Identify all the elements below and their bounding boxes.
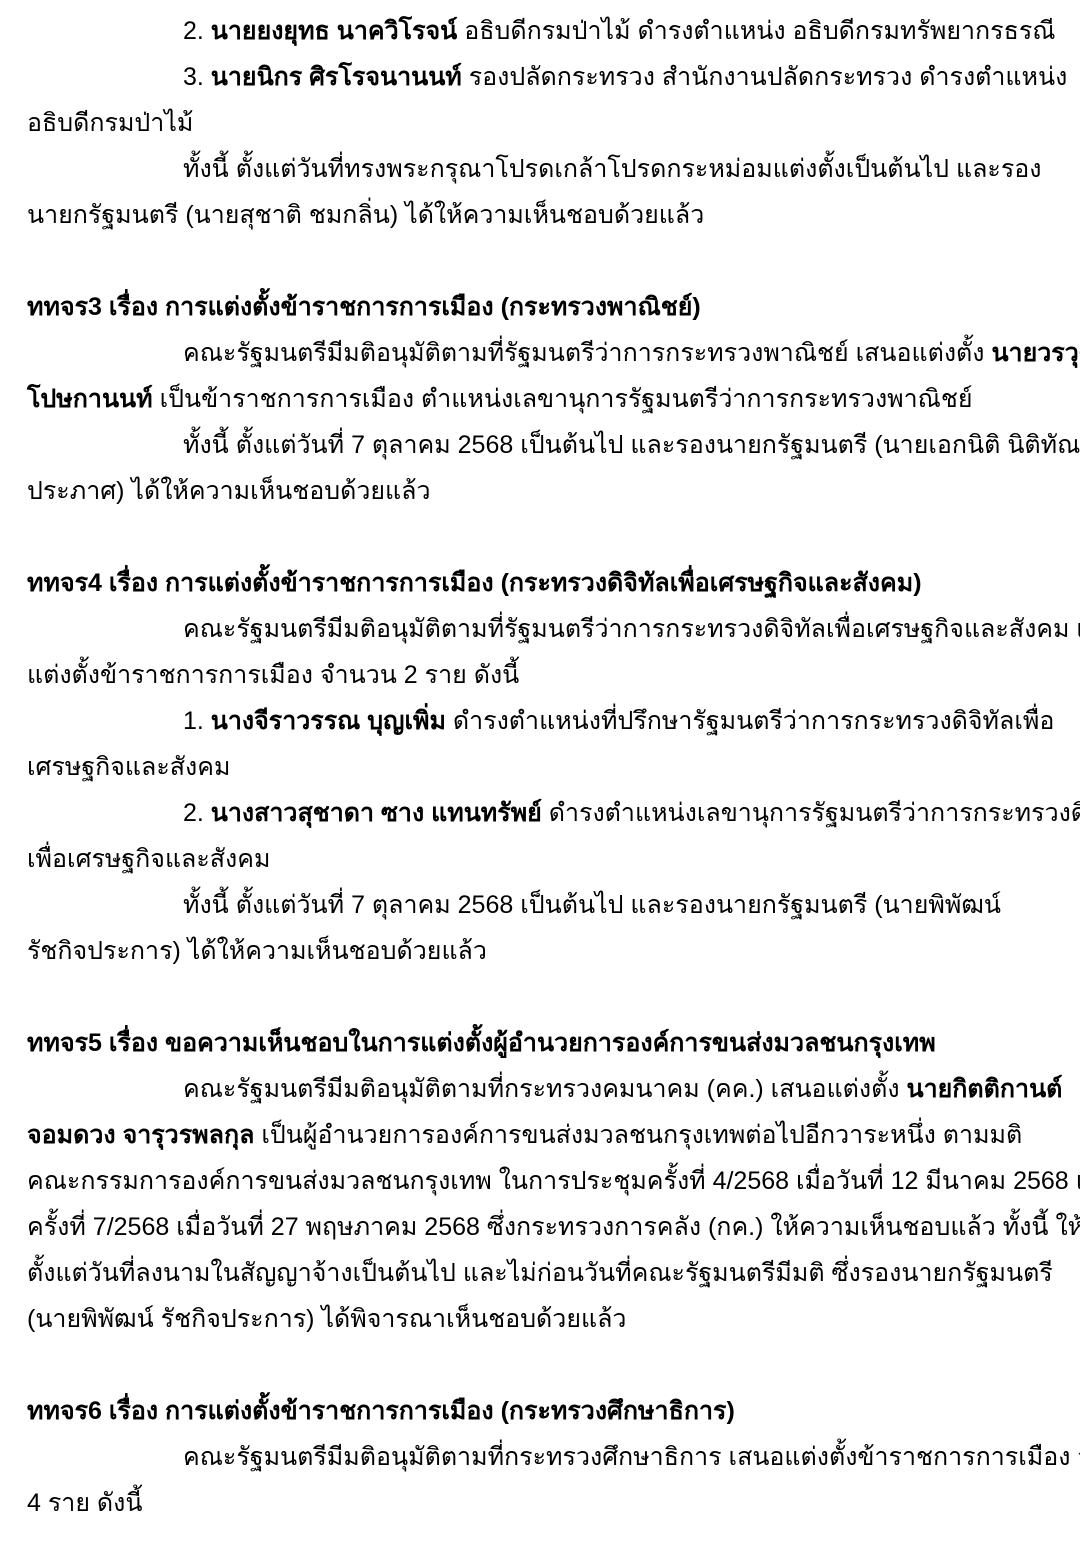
body-line: อธิบดีกรมป่าไม้: [27, 100, 1054, 146]
section-heading: ททจร6 เรื่อง การแต่งตั้งข้าราชการการเมือ…: [27, 1388, 1054, 1434]
text-segment: คณะรัฐมนตรีมีมติอนุมัติตามที่รัฐมนตรีว่า…: [183, 615, 1080, 643]
blank-line: [27, 974, 1054, 1020]
bold-text-segment: นางสาวสุชาดา ซาง แทนทรัพย์: [211, 799, 542, 827]
list-item-line: 1. นางจีราวรรณ บุญเพิ่ม ดำรงตำแหน่งที่ปร…: [27, 698, 1054, 744]
text-segment: 4 ราย ดังนี้: [27, 1489, 142, 1517]
text-segment: ทั้งนี้ ตั้งแต่วันที่ทรงพระกรุณาโปรดเกล้…: [183, 155, 1042, 183]
text-segment: (นายพิพัฒน์ รัชกิจประการ) ได้พิจารณาเห็น…: [27, 1305, 626, 1333]
section-heading: ททจร5 เรื่อง ขอความเห็นชอบในการแต่งตั้งผ…: [27, 1020, 1054, 1066]
text-segment: คณะรัฐมนตรีมีมติอนุมัติตามที่กระทรวงศึกษ…: [183, 1443, 1080, 1471]
list-item-line: 3. นายนิกร ศิรโรจนานนท์ รองปลัดกระทรวง ส…: [27, 54, 1054, 100]
text-segment: ดำรงตำแหน่งเลขานุการรัฐมนตรีว่าการกระทรว…: [542, 799, 1080, 827]
text-segment: นายกรัฐมนตรี (นายสุชาติ ชมกลิ่น) ได้ให้ค…: [27, 201, 704, 229]
body-line: ประภาศ) ได้ให้ความเห็นชอบด้วยแล้ว: [27, 468, 1054, 514]
body-line: คณะรัฐมนตรีมีมติอนุมัติตามที่กระทรวงคมนา…: [27, 1066, 1054, 1112]
bold-text-segment: โปษกานนท์: [27, 385, 153, 413]
text-segment: ตั้งแต่วันที่ลงนามในสัญญาจ้างเป็นต้นไป แ…: [27, 1259, 1053, 1287]
text-segment: คณะรัฐมนตรีมีมติอนุมัติตามที่กระทรวงคมนา…: [183, 1075, 907, 1103]
text-segment: ดำรงตำแหน่งที่ปรึกษารัฐมนตรีว่าการกระทรว…: [446, 707, 1054, 735]
list-item-line: 2. นายยงยุทธ นาควิโรจน์ อธิบดีกรมป่าไม้ …: [27, 8, 1054, 54]
text-segment: ทั้งนี้ ตั้งแต่วันที่ 7 ตุลาคม 2568 เป็น…: [183, 431, 1080, 459]
blank-line: [27, 1342, 1054, 1388]
body-line: โปษกานนท์ เป็นข้าราชการการเมือง ตำแหน่งเ…: [27, 376, 1054, 422]
text-segment: เศรษฐกิจและสังคม: [27, 753, 230, 781]
body-line: ครั้งที่ 7/2568 เมื่อวันที่ 27 พฤษภาคม 2…: [27, 1204, 1054, 1250]
text-segment: เป็นข้าราชการการเมือง ตำแหน่งเลขานุการรั…: [153, 385, 973, 413]
document-page: 2. นายยงยุทธ นาควิโรจน์ อธิบดีกรมป่าไม้ …: [0, 0, 1080, 1553]
body-line: จอมดวง จารุวรพลกุล เป็นผู้อำนวยการองค์กา…: [27, 1112, 1054, 1158]
body-line: ทั้งนี้ ตั้งแต่วันที่ 7 ตุลาคม 2568 เป็น…: [27, 422, 1054, 468]
text-segment: เป็นผู้อำนวยการองค์การขนส่งมวลชนกรุงเทพต…: [254, 1121, 1022, 1149]
bold-text-segment: นายกิตติกานต์: [907, 1075, 1063, 1103]
text-segment: เพื่อเศรษฐกิจและสังคม: [27, 845, 270, 873]
bold-text-segment: ททจร4 เรื่อง การแต่งตั้งข้าราชการการเมือ…: [27, 569, 922, 597]
text-segment: ครั้งที่ 7/2568 เมื่อวันที่ 27 พฤษภาคม 2…: [27, 1213, 1080, 1241]
body-line: 4 ราย ดังนี้: [27, 1480, 1054, 1526]
body-line: ทั้งนี้ ตั้งแต่วันที่ 7 ตุลาคม 2568 เป็น…: [27, 882, 1054, 928]
text-segment: คณะกรรมการองค์การขนส่งมวลชนกรุงเทพ ในการ…: [27, 1167, 1080, 1195]
body-line: คณะรัฐมนตรีมีมติอนุมัติตามที่รัฐมนตรีว่า…: [27, 606, 1054, 652]
body-line: เศรษฐกิจและสังคม: [27, 744, 1054, 790]
text-segment: แต่งตั้งข้าราชการการเมือง จำนวน 2 ราย ดั…: [27, 661, 519, 689]
body-line: (นายพิพัฒน์ รัชกิจประการ) ได้พิจารณาเห็น…: [27, 1296, 1054, 1342]
bold-text-segment: ททจร6 เรื่อง การแต่งตั้งข้าราชการการเมือ…: [27, 1397, 735, 1425]
bold-text-segment: นางจีราวรรณ บุญเพิ่ม: [211, 707, 446, 735]
body-line: คณะรัฐมนตรีมีมติอนุมัติตามที่กระทรวงศึกษ…: [27, 1434, 1054, 1480]
bold-text-segment: นายนิกร ศิรโรจนานนท์: [211, 63, 462, 91]
text-segment: อธิบดีกรมป่าไม้: [27, 109, 193, 137]
bold-text-segment: ททจร5 เรื่อง ขอความเห็นชอบในการแต่งตั้งผ…: [27, 1029, 936, 1057]
text-segment: 1.: [183, 707, 211, 735]
section-heading: ททจร3 เรื่อง การแต่งตั้งข้าราชการการเมือ…: [27, 284, 1054, 330]
text-segment: 3.: [183, 63, 211, 91]
text-segment: รองปลัดกระทรวง สำนักงานปลัดกระทรวง ดำรงต…: [462, 63, 1068, 91]
bold-text-segment: จอมดวง จารุวรพลกุล: [27, 1121, 254, 1149]
text-segment: คณะรัฐมนตรีมีมติอนุมัติตามที่รัฐมนตรีว่า…: [183, 339, 991, 367]
body-line: ทั้งนี้ ตั้งแต่วันที่ทรงพระกรุณาโปรดเกล้…: [27, 146, 1054, 192]
body-line: คณะรัฐมนตรีมีมติอนุมัติตามที่รัฐมนตรีว่า…: [27, 330, 1054, 376]
body-line: คณะกรรมการองค์การขนส่งมวลชนกรุงเทพ ในการ…: [27, 1158, 1054, 1204]
body-line: แต่งตั้งข้าราชการการเมือง จำนวน 2 ราย ดั…: [27, 652, 1054, 698]
bold-text-segment: นายยงยุทธ นาควิโรจน์: [211, 17, 457, 45]
text-segment: 2.: [183, 17, 211, 45]
text-segment: รัชกิจประการ) ได้ให้ความเห็นชอบด้วยแล้ว: [27, 937, 487, 965]
text-segment: 2.: [183, 799, 211, 827]
body-line: รัชกิจประการ) ได้ให้ความเห็นชอบด้วยแล้ว: [27, 928, 1054, 974]
list-item-line: 2. นางสาวสุชาดา ซาง แทนทรัพย์ ดำรงตำแหน่…: [27, 790, 1054, 836]
section-heading: ททจร4 เรื่อง การแต่งตั้งข้าราชการการเมือ…: [27, 560, 1054, 606]
bold-text-segment: ททจร3 เรื่อง การแต่งตั้งข้าราชการการเมือ…: [27, 293, 701, 321]
body-line: เพื่อเศรษฐกิจและสังคม: [27, 836, 1054, 882]
body-line: ตั้งแต่วันที่ลงนามในสัญญาจ้างเป็นต้นไป แ…: [27, 1250, 1054, 1296]
body-line: นายกรัฐมนตรี (นายสุชาติ ชมกลิ่น) ได้ให้ค…: [27, 192, 1054, 238]
document-text-block: 2. นายยงยุทธ นาควิโรจน์ อธิบดีกรมป่าไม้ …: [27, 8, 1054, 1526]
text-segment: ประภาศ) ได้ให้ความเห็นชอบด้วยแล้ว: [27, 477, 431, 505]
blank-line: [27, 514, 1054, 560]
blank-line: [27, 238, 1054, 284]
text-segment: อธิบดีกรมป่าไม้ ดำรงตำแหน่ง อธิบดีกรมทรั…: [457, 17, 1055, 45]
text-segment: ทั้งนี้ ตั้งแต่วันที่ 7 ตุลาคม 2568 เป็น…: [183, 891, 1001, 919]
bold-text-segment: นายวรวุฒิ: [991, 339, 1080, 367]
